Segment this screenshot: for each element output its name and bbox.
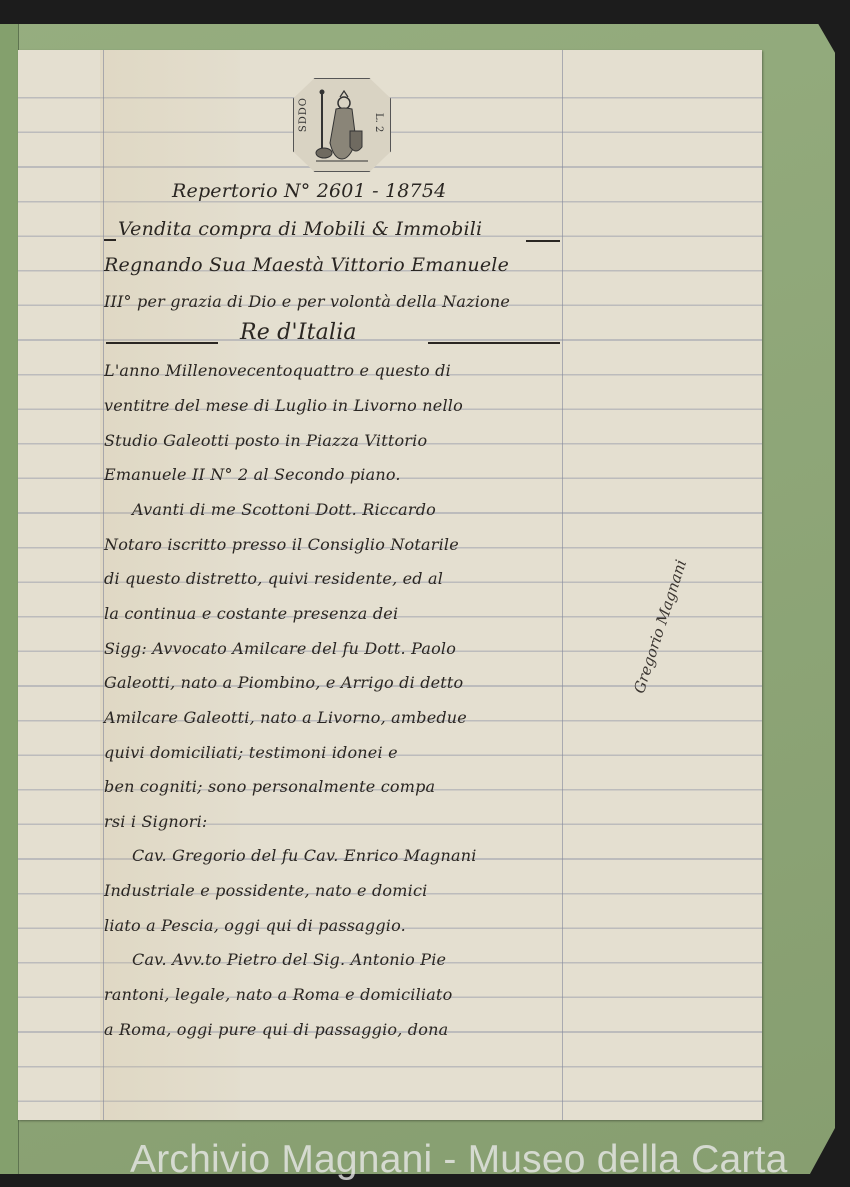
body-line: quivi domiciliati; testimoni idonei e: [104, 743, 398, 762]
rule-right: [526, 240, 560, 242]
body-line: a Roma, oggi pure qui di passaggio, dona: [104, 1020, 448, 1039]
body-line: rsi i Signori:: [104, 812, 207, 831]
body-line: la continua e costante presenza dei: [104, 604, 398, 623]
title-rule-left: [106, 342, 218, 344]
reign-line-2: III° per grazia di Dio e per volontà del…: [104, 292, 510, 311]
body-line: Notaro iscritto presso il Consiglio Nota…: [104, 535, 459, 554]
body-line: ben cogniti; sono personalmente compa: [104, 777, 435, 796]
body-line: di questo distretto, quivi residente, ed…: [104, 569, 443, 588]
body-line: Avanti di me Scottoni Dott. Riccardo: [132, 500, 436, 519]
stamp-left-text: SDDO: [298, 97, 309, 132]
rule-left: [104, 239, 116, 241]
reign-line-1: Regnando Sua Maestà Vittorio Emanuele: [104, 254, 509, 276]
body-line: liato a Pescia, oggi qui di passaggio.: [104, 916, 406, 935]
body-line: Sigg: Avvocato Amilcare del fu Dott. Pao…: [104, 639, 456, 658]
folder-spine-strip: [0, 24, 19, 1174]
right-margin-line: [562, 50, 563, 1120]
repertorio-number: Repertorio N° 2601 - 18754: [172, 180, 446, 202]
stamp-value-text: L. 2: [373, 113, 384, 132]
king-title: Re d'Italia: [240, 320, 357, 345]
revenue-stamp-icon: SDDO L. 2: [293, 78, 391, 172]
title-rule-right: [428, 342, 560, 344]
body-line: rantoni, legale, nato a Roma e domicilia…: [104, 985, 452, 1004]
body-line: Industriale e possidente, nato e domici: [104, 881, 427, 900]
body-line: Galeotti, nato a Piombino, e Arrigo di d…: [104, 673, 463, 692]
body-line: Amilcare Galeotti, nato a Livorno, ambed…: [104, 708, 467, 727]
body-line: Cav. Gregorio del fu Cav. Enrico Magnani: [132, 846, 477, 865]
body-line: Studio Galeotti posto in Piazza Vittorio: [104, 431, 427, 450]
archive-watermark: Archivio Magnani - Museo della Carta: [130, 1138, 850, 1182]
body-line: Cav. Avv.to Pietro del Sig. Antonio Pie: [132, 950, 446, 969]
deed-subject: Vendita compra di Mobili & Immobili: [118, 218, 482, 240]
body-line: ventitre del mese di Luglio in Livorno n…: [104, 396, 463, 415]
body-line: L'anno Millenovecentoquattro e questo di: [104, 361, 451, 380]
body-line: Emanuele II N° 2 al Secondo piano.: [104, 465, 401, 484]
